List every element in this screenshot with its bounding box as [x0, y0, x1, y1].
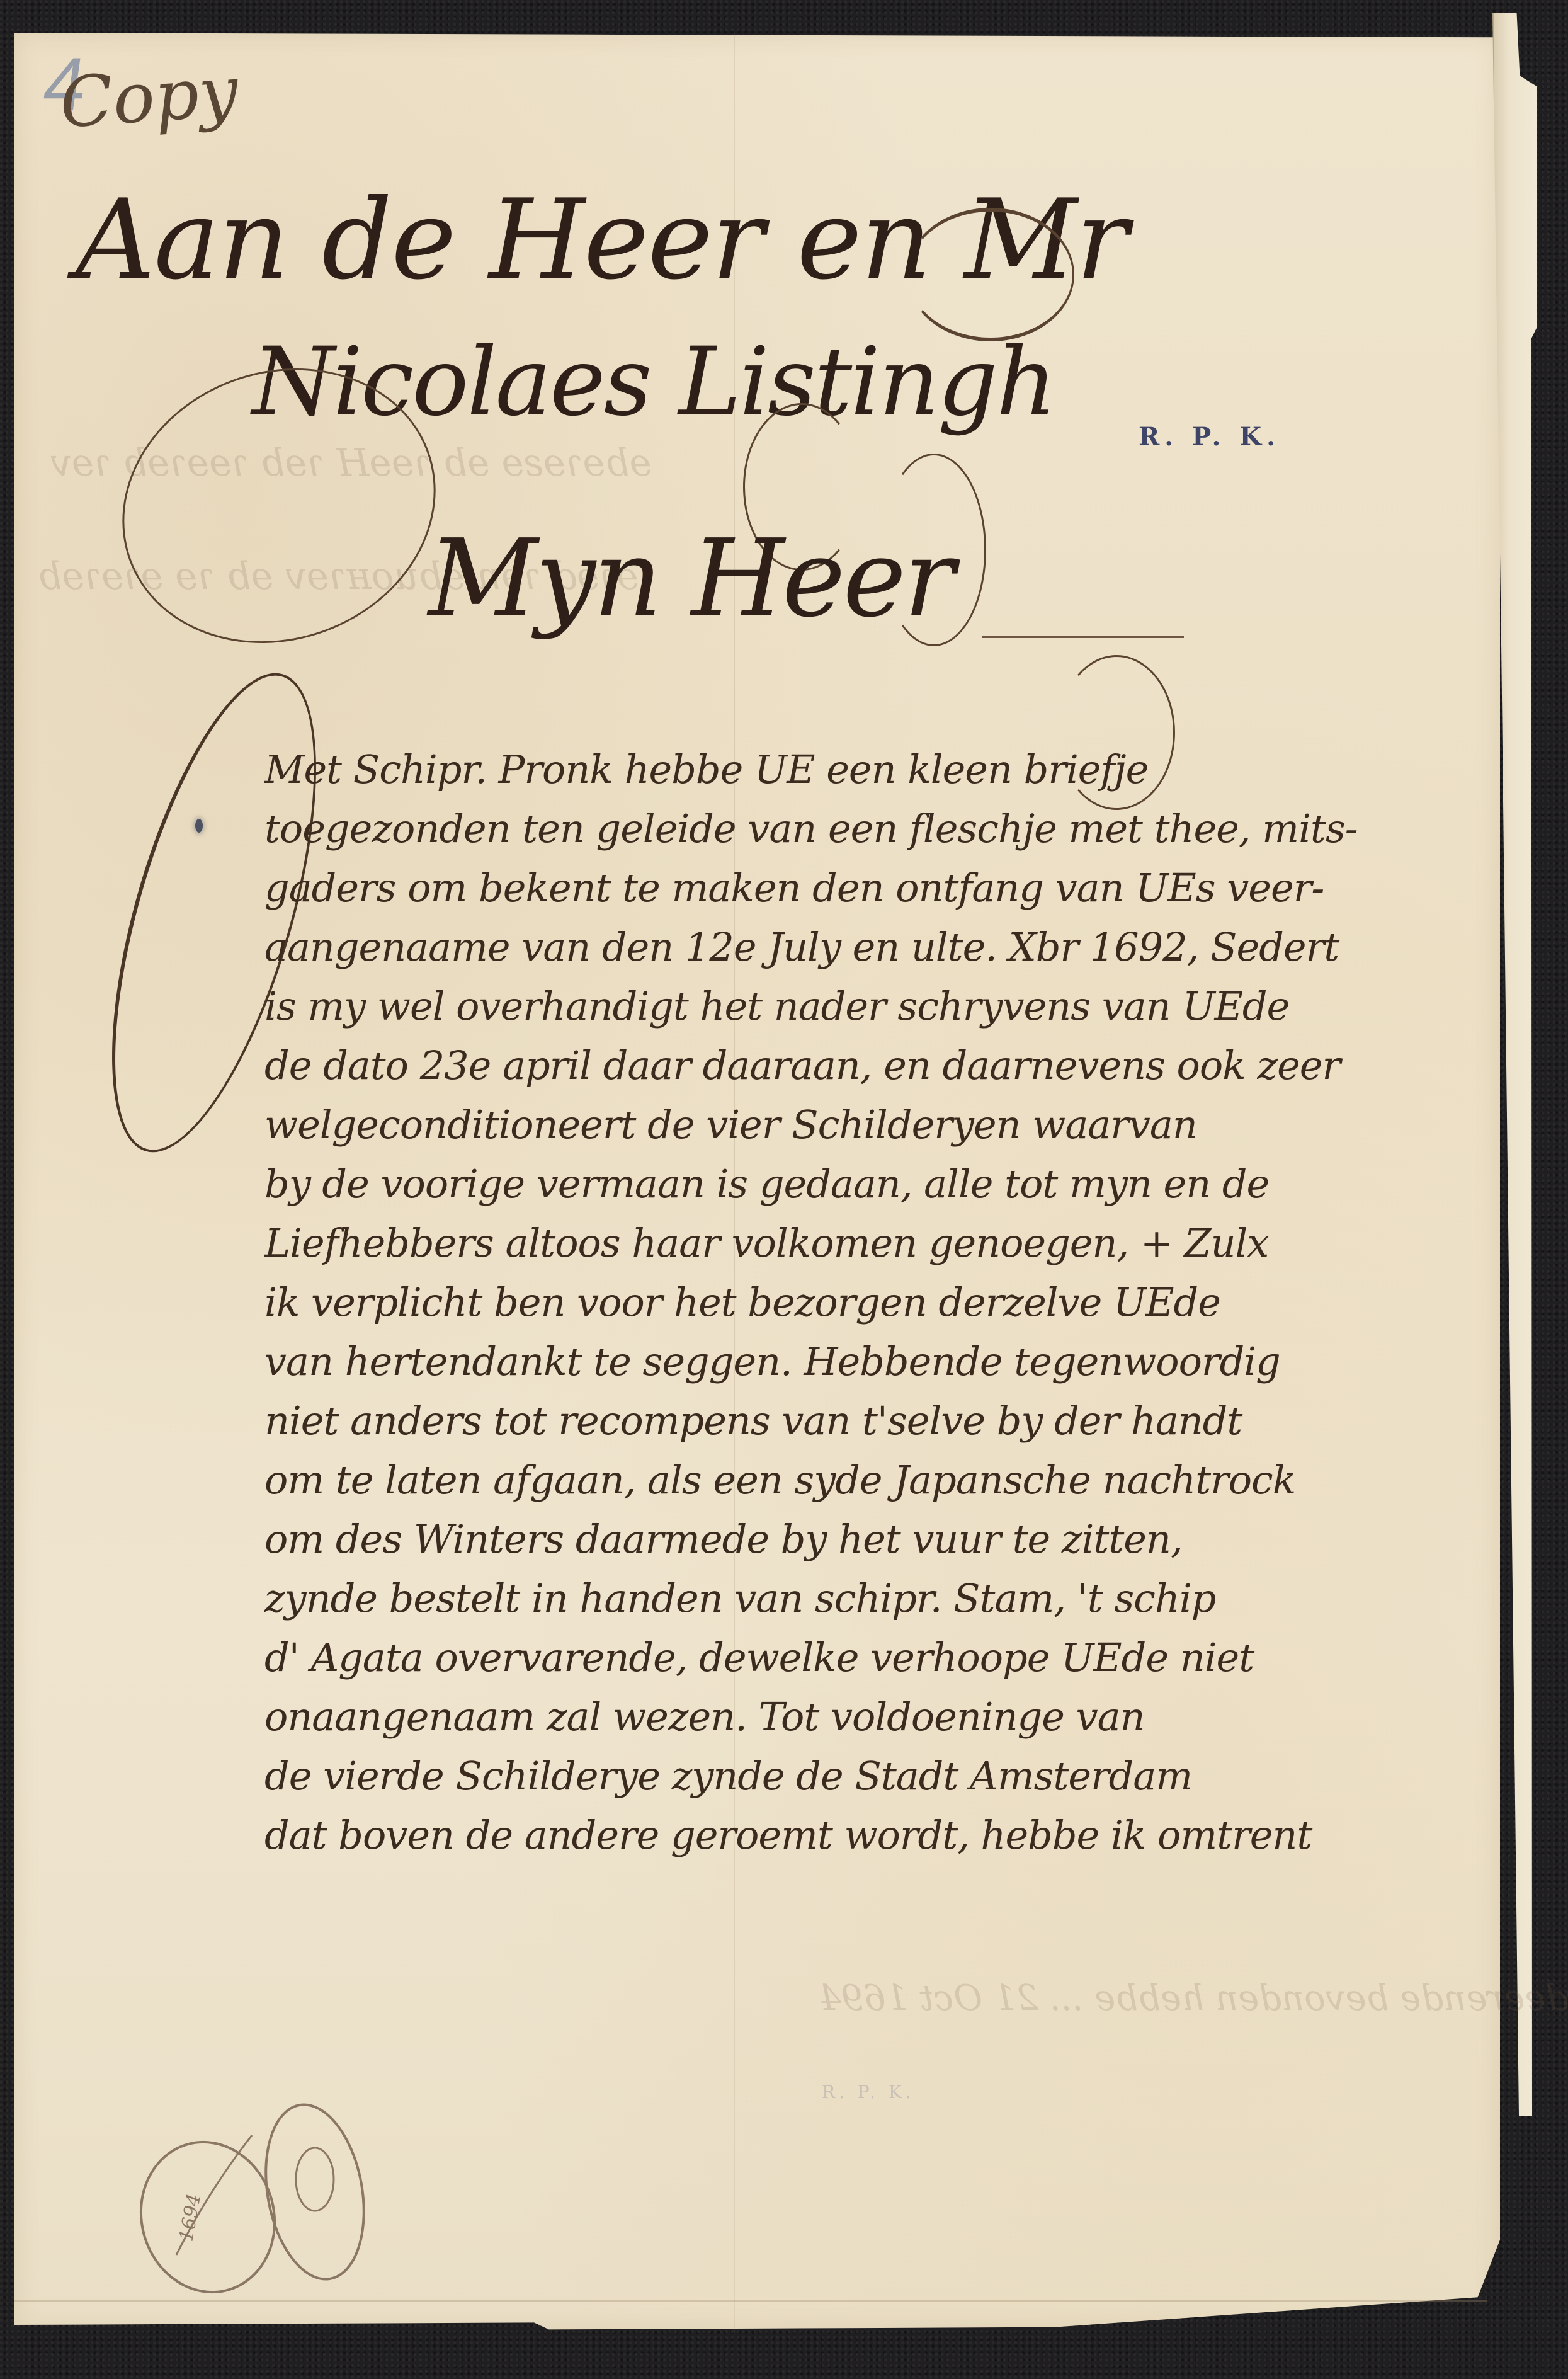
body-line: welgeconditioneert de vier Schilderyen w… [264, 1095, 1511, 1155]
body-line: om te laten afgaan, als een syde Japansc… [264, 1451, 1511, 1510]
svg-text:1694: 1694 [175, 2192, 205, 2243]
salutation: Myn Heer [428, 516, 952, 641]
letter-body: Met Schipr. Pronk hebbe UE een kleen bri… [264, 740, 1511, 1865]
faint-rpk-mark: R. P. K. [822, 2082, 915, 2102]
body-line: om des Winters daarmede by het vuur te z… [264, 1510, 1511, 1569]
body-line: aangenaame van den 12e July en ulte. Xbr… [264, 918, 1511, 977]
ink-blot [195, 819, 203, 833]
calligraphic-flourish [907, 208, 1074, 341]
bleed-through-text: ... Original accordeerende bevonden hebb… [819, 1978, 1568, 2019]
body-line: by de voorige vermaan is gedaan, alle to… [264, 1155, 1511, 1214]
body-line: gaders om bekent te maken den ontfang va… [264, 859, 1511, 918]
paraph-seal-mark: 1694 [132, 2097, 384, 2312]
body-line: ik verplicht ben voor het bezorgen derze… [264, 1273, 1511, 1332]
body-line: van hertendankt te seggen. Hebbende tege… [264, 1332, 1511, 1391]
body-line: zynde bestelt in handen van schipr. Stam… [264, 1569, 1511, 1628]
body-line: is my wel overhandigt het nader schryven… [264, 977, 1511, 1036]
salutation-underline [982, 636, 1184, 638]
body-line: Met Schipr. Pronk hebbe UE een kleen bri… [264, 740, 1511, 799]
body-line: de dato 23e april daar daaraan, en daarn… [264, 1036, 1511, 1095]
body-line: niet anders tot recompens van t'selve by… [264, 1391, 1511, 1451]
body-line: onaangenaam zal wezen. Tot voldoeninge v… [264, 1687, 1511, 1747]
rpk-stamp: R. P. K. [1139, 422, 1280, 452]
body-line: d' Agata overvarende, dewelke verhoope U… [264, 1628, 1511, 1687]
body-line: toegezonden ten geleide van een fleschje… [264, 799, 1511, 859]
body-line: Liefhebbers altoos haar volkomen genoege… [264, 1214, 1511, 1273]
body-line: de vierde Schilderye zynde de Stadt Amst… [264, 1747, 1511, 1806]
copy-annotation: Copy [57, 50, 241, 143]
body-line: dat boven de andere geroemt wordt, hebbe… [264, 1806, 1511, 1865]
